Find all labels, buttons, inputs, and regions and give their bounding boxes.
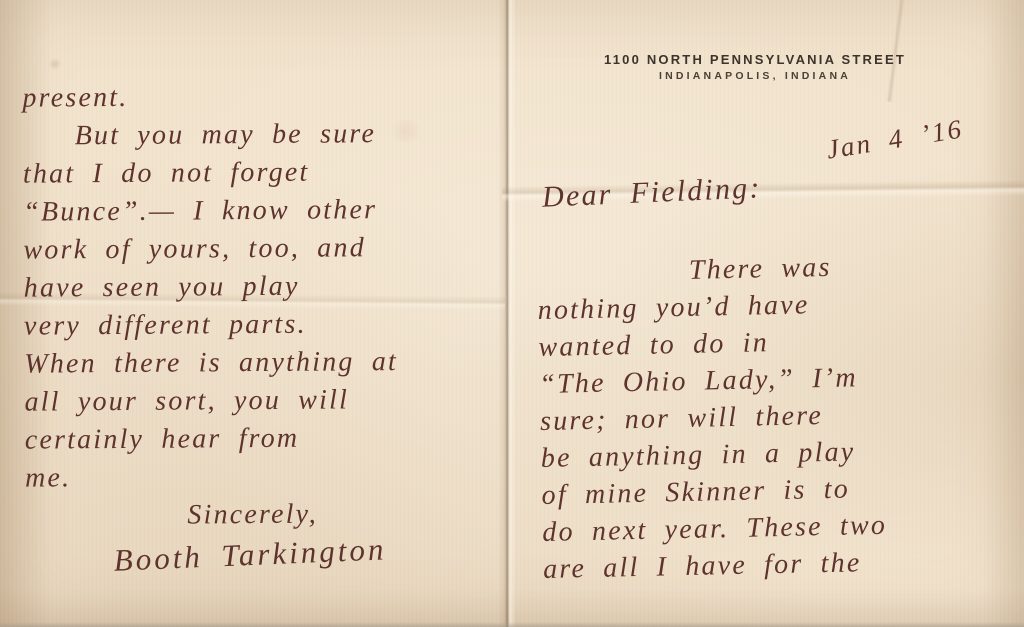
handwriting-line: When there is anything at	[24, 342, 498, 383]
handwriting-line: me.	[25, 456, 499, 497]
handwriting-line: all your sort, you will	[24, 380, 498, 421]
vertical-fold-line	[498, 0, 516, 627]
handwriting-line: “Bunce”.— I know other	[23, 190, 497, 231]
handwriting-line: very different parts.	[24, 304, 498, 345]
scan-bottom-edge	[0, 622, 1024, 627]
handwriting-line: But you may be sure	[75, 114, 497, 155]
letterhead: 1100 NORTH PENNSYLVANIA STREET INDIANAPO…	[595, 52, 915, 82]
handwriting-line: present.	[22, 76, 496, 117]
letterhead-street: 1100 NORTH PENNSYLVANIA STREET	[595, 52, 915, 67]
letter-scan: 1100 NORTH PENNSYLVANIA STREET INDIANAPO…	[0, 0, 1024, 627]
signature: Booth Tarkington	[113, 526, 500, 580]
corner-crease-top-right	[886, 0, 905, 102]
paper-stain	[48, 58, 62, 70]
handwriting-line: work of yours, too, and	[23, 228, 497, 269]
handwritten-body-left-page: present.But you may be surethat I do not…	[22, 76, 499, 573]
handwritten-body-right-page: There wasnothing you’d havewanted to do …	[537, 245, 1022, 588]
handwriting-line: certainly hear from	[25, 418, 499, 459]
handwritten-date: Jan 4 ’16	[824, 113, 965, 165]
handwriting-line: have seen you play	[24, 266, 498, 307]
letterhead-city: INDIANAPOLIS, INDIANA	[595, 70, 915, 82]
salutation: Dear Fielding:	[541, 171, 762, 215]
handwriting-line: that I do not forget	[23, 152, 497, 193]
